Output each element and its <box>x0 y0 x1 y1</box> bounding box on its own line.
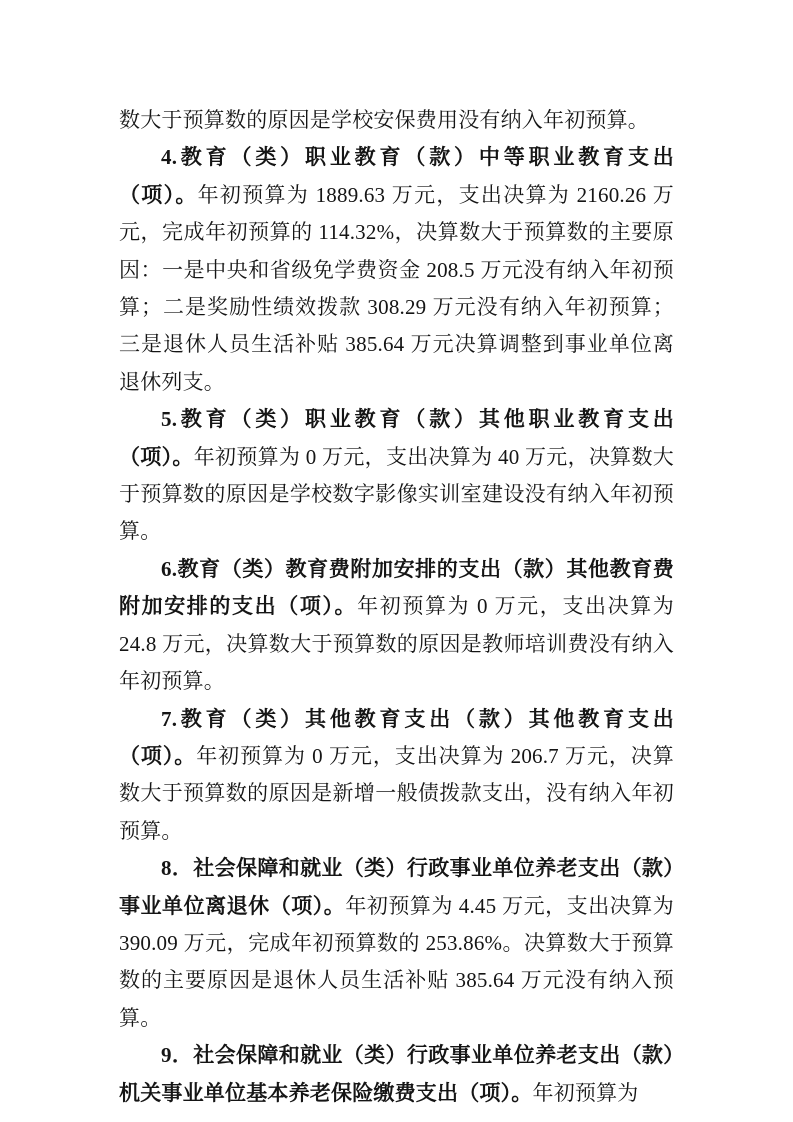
text-run: 年初预算为 0 万元，支出决算为 206.7 万元，决算数大于预算数的原因是新增… <box>119 744 674 843</box>
text-run: 年初预算为 0 万元，支出决算为 40 万元，决算数大于预算数的原因是学校数字影… <box>119 445 674 544</box>
paragraph: 7.教育（类）其他教育支出（款）其他教育支出（项）。年初预算为 0 万元，支出决… <box>119 701 674 851</box>
paragraph: 6.教育（类）教育费附加安排的支出（款）其他教育费附加安排的支出（项）。年初预算… <box>119 551 674 701</box>
paragraph: 数大于预算数的原因是学校安保费用没有纳入年初预算。 <box>119 102 674 139</box>
document-page: 数大于预算数的原因是学校安保费用没有纳入年初预算。4.教育（类）职业教育（款）中… <box>0 0 793 1122</box>
text-run: 数大于预算数的原因是学校安保费用没有纳入年初预算。 <box>119 108 649 132</box>
paragraph: 8．社会保障和就业（类）行政事业单位养老支出（款）事业单位离退休（项）。年初预算… <box>119 850 674 1037</box>
text-run: 年初预算为 <box>533 1081 639 1105</box>
paragraph: 9．社会保障和就业（类）行政事业单位养老支出（款）机关事业单位基本养老保险缴费支… <box>119 1037 674 1112</box>
document-content: 数大于预算数的原因是学校安保费用没有纳入年初预算。4.教育（类）职业教育（款）中… <box>119 102 674 1112</box>
paragraph: 5.教育（类）职业教育（款）其他职业教育支出（项）。年初预算为 0 万元，支出决… <box>119 401 674 551</box>
paragraph: 4.教育（类）职业教育（款）中等职业教育支出（项）。年初预算为 1889.63 … <box>119 139 674 401</box>
text-run: 年初预算为 1889.63 万元，支出决算为 2160.26 万元，完成年初预算… <box>119 183 674 394</box>
